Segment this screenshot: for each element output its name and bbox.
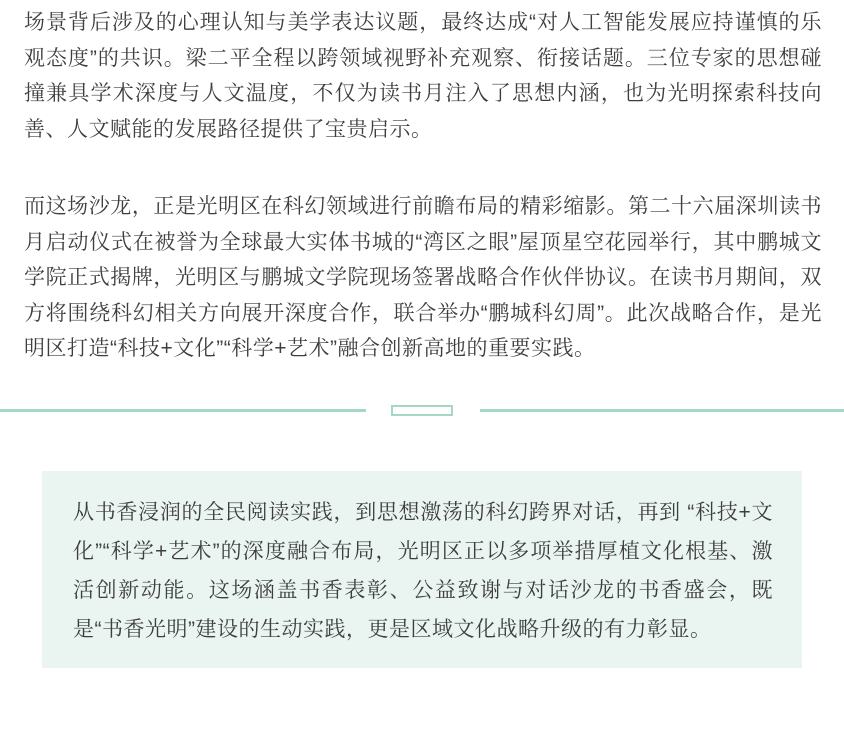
divider-gap [366, 410, 391, 411]
section-divider [0, 405, 844, 416]
article-paragraph-1: 场景背后涉及的心理认知与美学表达议题，最终达成“对人工智能发展应持谨慎的乐观态度… [24, 5, 822, 147]
divider-right-line [480, 409, 844, 412]
article-body: 场景背后涉及的心理认知与美学表达议题，最终达成“对人工智能发展应持谨慎的乐观态度… [0, 0, 844, 367]
article-page: 场景背后涉及的心理认知与美学表达议题，最终达成“对人工智能发展应持谨慎的乐观态度… [0, 0, 844, 743]
divider-gap [453, 410, 480, 411]
article-paragraph-2: 而这场沙龙，正是光明区在科幻领域进行前瞻布局的精彩缩影。第二十六届深圳读书月启动… [24, 189, 822, 367]
summary-highlight-box: 从书香浸润的全民阅读实践，到思想激荡的科幻跨界对话，再到 “科技+文化”“科学+… [42, 471, 802, 668]
summary-text: 从书香浸润的全民阅读实践，到思想激荡的科幻跨界对话，再到 “科技+文化”“科学+… [73, 493, 773, 649]
divider-left-line [0, 409, 366, 412]
divider-center-rectangle [391, 405, 453, 416]
